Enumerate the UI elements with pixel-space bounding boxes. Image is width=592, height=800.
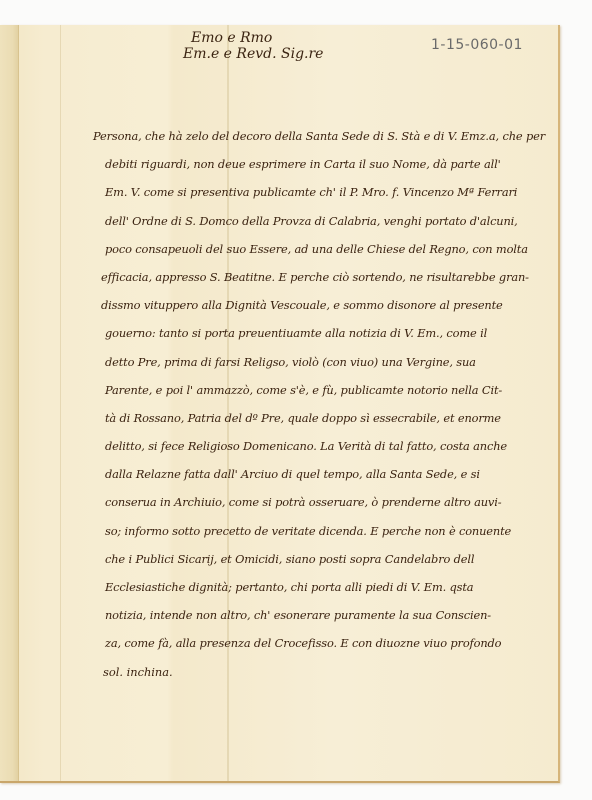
body-line-10: Parente, e poi l' ammazzò, come s'è, e f… <box>105 376 561 404</box>
page-fold-line-left <box>60 25 61 781</box>
body-line-6: efficacia, appresso S. Beatitne. E perch… <box>101 263 561 291</box>
body-line-3: Em. V. come si presentiva publicamte ch'… <box>105 178 561 206</box>
salutation: Emo e Rmo Em.e e Revd. Sig.re <box>183 30 323 62</box>
body-line-11: tà di Rossano, Patria del dº Pre, quale … <box>105 404 561 432</box>
body-line-17: Ecclesiastiche dignità; pertanto, chi po… <box>105 573 561 601</box>
salutation-line-2: Em.e e Revd. Sig.re <box>183 46 323 62</box>
body-line-7: dissmo vituppero alla Dignità Vescouale,… <box>101 291 561 319</box>
salutation-line-1: Emo e Rmo <box>191 30 323 46</box>
closing-line: sol. inchina. <box>103 658 561 686</box>
body-line-12: delitto, si fece Religioso Domenicano. L… <box>105 432 561 460</box>
body-line-18: notizia, intende non altro, ch' esonerar… <box>105 601 561 629</box>
page-binding-edge <box>0 25 19 781</box>
archive-reference-number: 1-15-060-01 <box>431 37 523 53</box>
body-line-14: conserua in Archiuio, come si potrà osse… <box>105 488 561 516</box>
letter-body: Persona, che hà zelo del decoro della Sa… <box>93 122 561 686</box>
body-line-2: debiti riguardi, non deue esprimere in C… <box>105 150 561 178</box>
body-line-16: che i Publici Sicarij, et Omicidi, siano… <box>105 545 561 573</box>
body-line-15: so; informo sotto precetto de veritate d… <box>105 517 561 545</box>
body-line-1: Persona, che hà zelo del decoro della Sa… <box>93 122 561 150</box>
body-line-8: gouerno: tanto si porta preuentiuamte al… <box>105 319 561 347</box>
body-line-9: detto Pre, prima di farsi Religso, violò… <box>105 348 561 376</box>
body-line-5: poco consapeuoli del suo Essere, ad una … <box>105 235 561 263</box>
body-line-13: dalla Relazne fatta dall' Arciuo di quel… <box>105 460 561 488</box>
body-line-19: za, come fà, alla presenza del Crocefiss… <box>105 629 561 657</box>
body-line-4: dell' Ordne di S. Domco della Provza di … <box>105 207 561 235</box>
